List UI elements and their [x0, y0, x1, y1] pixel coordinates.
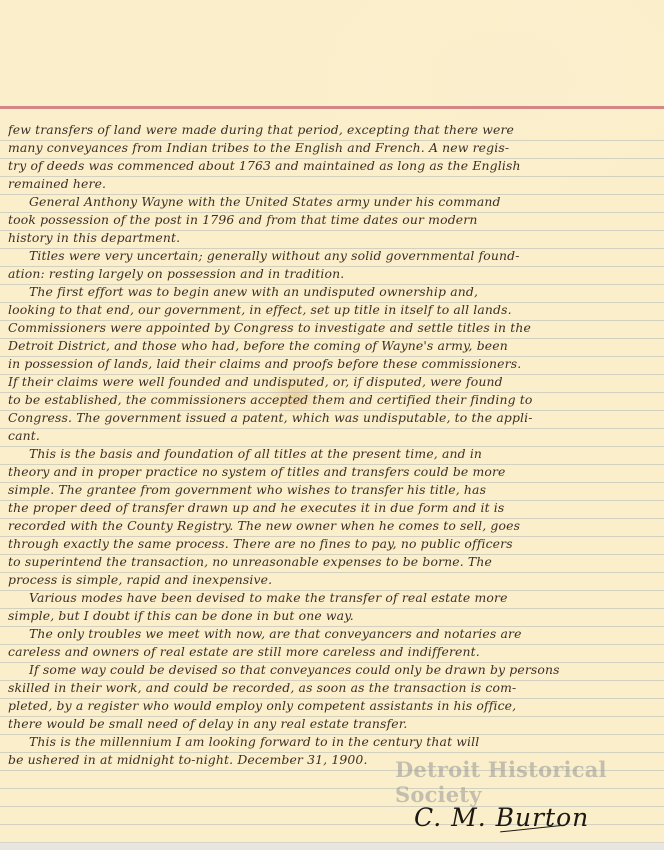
text-line: theory and in proper practice no system … — [8, 463, 660, 481]
text-line: few transfers of land were made during t… — [8, 121, 660, 139]
red-margin-rule — [0, 106, 664, 109]
text-line: simple. The grantee from government who … — [8, 481, 660, 499]
text-line: the proper deed of transfer drawn up and… — [8, 499, 660, 517]
letter-page: few transfers of land were made during t… — [0, 0, 664, 842]
text-line: remained here. — [8, 175, 660, 193]
text-line: to superintend the transaction, no unrea… — [8, 553, 660, 571]
text-line: Commissioners were appointed by Congress… — [8, 319, 660, 337]
text-line: The first effort was to begin anew with … — [8, 283, 660, 301]
text-line: Titles were very uncertain; generally wi… — [8, 247, 660, 265]
text-line: try of deeds was commenced about 1763 an… — [8, 157, 660, 175]
text-line: in possession of lands, laid their claim… — [8, 355, 660, 373]
text-line: there would be small need of delay in an… — [8, 715, 660, 733]
text-line: simple, but I doubt if this can be done … — [8, 607, 660, 625]
text-line: If their claims were well founded and un… — [8, 373, 660, 391]
text-line: Congress. The government issued a patent… — [8, 409, 660, 427]
text-line: General Anthony Wayne with the United St… — [8, 193, 660, 211]
text-line: to be established, the commissioners acc… — [8, 391, 660, 409]
text-line: history in this department. — [8, 229, 660, 247]
text-line: process is simple, rapid and inexpensive… — [8, 571, 660, 589]
text-line: skilled in their work, and could be reco… — [8, 679, 660, 697]
text-line: took possession of the post in 1796 and … — [8, 211, 660, 229]
ruled-line — [0, 770, 664, 771]
text-line: Various modes have been devised to make … — [8, 589, 660, 607]
text-line: looking to that end, our government, in … — [8, 301, 660, 319]
signature: C. M. Burton — [414, 803, 589, 832]
ruled-line — [0, 788, 664, 789]
text-line: through exactly the same process. There … — [8, 535, 660, 553]
text-line: This is the millennium I am looking forw… — [8, 733, 660, 751]
text-line: The only troubles we meet with now, are … — [8, 625, 660, 643]
text-line: cant. — [8, 427, 660, 445]
text-line: pleted, by a register who would employ o… — [8, 697, 660, 715]
text-line: careless and owners of real estate are s… — [8, 643, 660, 661]
text-line: Detroit District, and those who had, bef… — [8, 337, 660, 355]
text-line: This is the basis and foundation of all … — [8, 445, 660, 463]
handwritten-text-body: few transfers of land were made during t… — [8, 121, 660, 769]
text-line: ation: resting largely on possession and… — [8, 265, 660, 283]
text-line: many conveyances from Indian tribes to t… — [8, 139, 660, 157]
text-line: recorded with the County Registry. The n… — [8, 517, 660, 535]
text-line: be ushered in at midnight to-night. Dece… — [8, 751, 660, 769]
text-line: If some way could be devised so that con… — [8, 661, 660, 679]
